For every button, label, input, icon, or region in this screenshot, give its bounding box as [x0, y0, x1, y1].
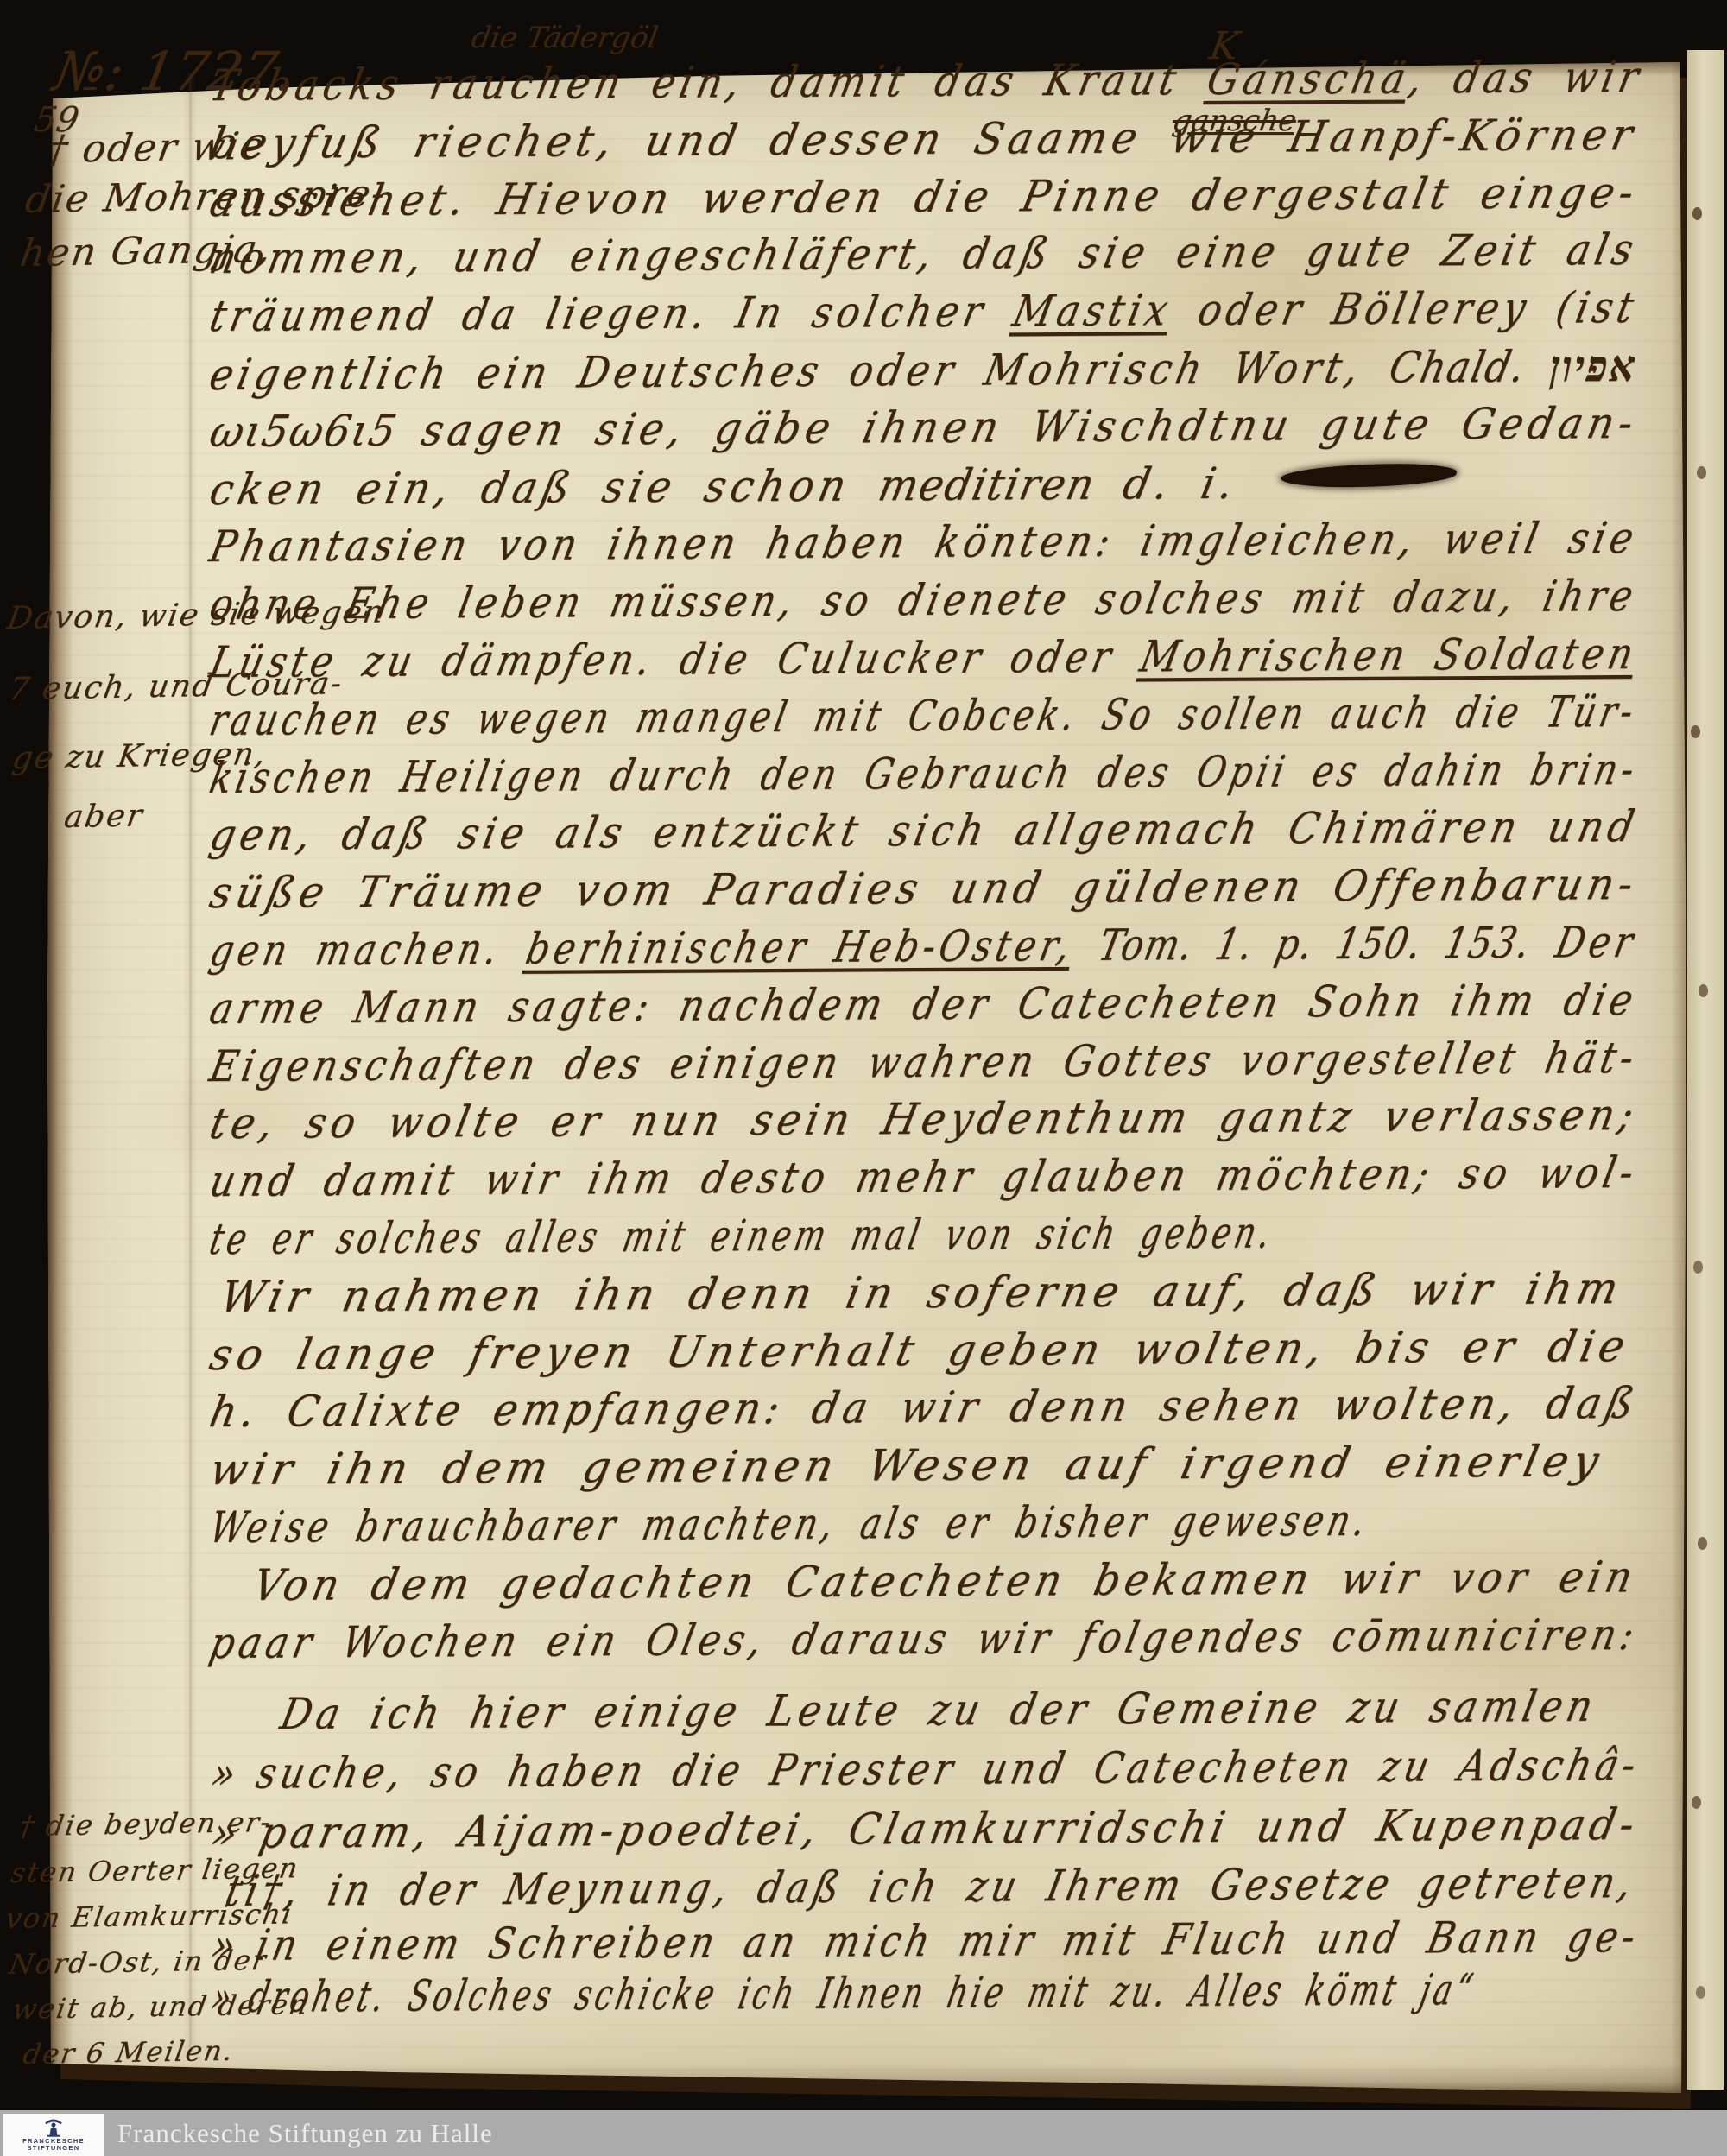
manuscript-line: rauchen es wegen mangel mit Cobcek. So s… [206, 686, 1642, 745]
margin-note: hen Gangja, [17, 227, 275, 275]
manuscript-line: ωι5ω6ι5 sagen sie, gäbe ihnen Wischdtnu … [206, 398, 1642, 457]
manuscript-line: » suche, so haben die Priester und Catec… [207, 1740, 1645, 1799]
manuscript-line: Eigenschaften des einigen wahren Gottes … [206, 1033, 1642, 1091]
manuscript-line: » param, Aijam-poedtei, Clamkurridschi u… [207, 1799, 1643, 1858]
text-segment: paar Wochen ein Oles, daraus wir folgend… [206, 1609, 1643, 1668]
text-segment: Der [1526, 917, 1642, 968]
manuscript-line: paar Wochen ein Oles, daraus wir folgend… [206, 1609, 1643, 1668]
text-segment: und damit wir ihm desto mehr glauben möc… [206, 1148, 1642, 1206]
text-segment: ti†, in der Meynung, daß ich zu Ihrem Ge… [221, 1857, 1641, 1916]
margin-note: sten Oerter liegen [9, 1851, 301, 1889]
manuscript-line: ti†, in der Meynung, daß ich zu Ihrem Ge… [221, 1857, 1641, 1916]
manuscript-line: Von dem gedachten Catecheten bekamen wir… [249, 1552, 1642, 1610]
text-segment: Chald. [1385, 342, 1555, 393]
handwriting-layer: Tobacks rauchen ein, damit das Kraut Gán… [0, 0, 1727, 2156]
text-segment: te er solches alles mit einem mal von si… [206, 1207, 1279, 1264]
text-segment: sagen sie, gäbe ihnen Wischdtnu gute Ged… [417, 398, 1642, 456]
text-segment: beyfuß riechet, und dessen Saame wie Han… [206, 110, 1642, 168]
manuscript-line: wir ihn dem gemeinen Wesen auf irgend ei… [206, 1436, 1608, 1495]
manuscript-number: №: 1727. [49, 40, 300, 103]
manuscript-line: so lange freyen Unterhalt geben wolten, … [206, 1321, 1634, 1380]
text-segment: Da ich hier einige Leute zu der Gemeine … [276, 1681, 1602, 1739]
text-segment: Wir nahmen ihn denn in soferne auf, daß … [216, 1263, 1628, 1322]
text-segment: wir ihn dem gemeinen Wesen auf irgend ei… [206, 1436, 1608, 1495]
text-segment: param, Aijam-poedtei, Clamkurridschi und… [256, 1799, 1644, 1858]
margin-note: weit ab, und deren [10, 1988, 312, 2026]
text-segment: ωι5ω6ι5 [206, 405, 427, 456]
ink-blot [1279, 460, 1459, 490]
manuscript-line: h. Calixte empfangen: da wir denn sehen … [206, 1378, 1643, 1437]
folio-number: 59 [31, 100, 82, 140]
text-segment: oder Böllerey (ist [1167, 282, 1642, 335]
margin-note: Nord-Ost, in der [7, 1944, 269, 1981]
margin-note: 7 euch, und Coura- [6, 666, 345, 707]
archive-name-label: Franckesche Stiftungen zu Halle [117, 2118, 493, 2149]
margin-note: ge zu Kriegen, [9, 737, 269, 776]
manuscript-line: eigentlich ein Deutsches oder Mohrisch W… [206, 340, 1642, 400]
manuscript-line: te, so wolte er nun sein Heydenthum gant… [206, 1090, 1642, 1148]
manuscript-line: träumend da liegen. In solcher Mastix od… [206, 282, 1642, 341]
text-segment: Eigenschaften des einigen wahren Gottes … [206, 1033, 1642, 1091]
text-segment: Weise brauchbarer machten, als er bisher… [206, 1495, 1374, 1552]
manuscript-line: arme Mann sagte: nachdem der Catecheten … [206, 975, 1642, 1034]
manuscript-line: te er solches alles mit einem mal von si… [206, 1207, 1279, 1264]
margin-note: † oder wie [45, 124, 268, 172]
margin-note: Davon, wie sie wegen [4, 594, 388, 636]
manuscript-line: beyfuß riechet, und dessen Saame wie Han… [206, 110, 1642, 168]
text-segment: nommen, und eingeschläfert, daß sie eine… [206, 224, 1642, 283]
margin-note: † die beyden er- [17, 1805, 275, 1843]
archive-logo-text-2: STIFTUNGEN [3, 2145, 104, 2152]
manuscript-line: gen machen. berhinischer Heb-Oster, Tom.… [206, 917, 1642, 976]
text-segment: Mastix [1009, 285, 1177, 336]
text-segment: träumend da liegen. In solcher [206, 287, 1019, 342]
text-segment: gen, daß sie als entzückt sich allgemach… [206, 801, 1643, 860]
margin-note: aber [61, 798, 146, 835]
margin-note: die Mohren spre- [22, 172, 390, 222]
text-segment: Mohrischen Soldaten [1136, 629, 1642, 682]
margin-note: der 6 Meilen. [21, 2034, 237, 2071]
text-segment: rauchen es wegen mangel mit Cobcek. So s… [206, 686, 1642, 745]
text-segment: drohet. Solches schicke ich Ihnen hie mi… [244, 1964, 1481, 2022]
manuscript-line: Da ich hier einige Leute zu der Gemeine … [276, 1681, 1602, 1739]
manuscript-photo: Tobacks rauchen ein, damit das Kraut Gán… [0, 0, 1727, 2156]
manuscript-line: Weise brauchbarer machten, als er bisher… [206, 1495, 1374, 1552]
text-segment: gen machen. [206, 924, 532, 976]
manuscript-line: » in einem Schreiben an mich mir mit Flu… [207, 1912, 1644, 1970]
manuscript-line: süße Träume vom Paradies und güldenen Of… [206, 859, 1642, 918]
struck-word: gansche [1170, 104, 1300, 138]
text-segment: süße Träume vom Paradies und güldenen Of… [206, 859, 1642, 918]
text-segment: meditiren [874, 458, 1099, 510]
text-segment: Tom. 1. p. 150. 153. [1094, 918, 1535, 971]
text-segment: eigentlich ein Deutsches oder Mohrisch W… [206, 343, 1395, 400]
footer-bar: FRANCKESCHE STIFTUNGEN Franckesche Stift… [0, 2110, 1727, 2156]
manuscript-line: und damit wir ihm desto mehr glauben möc… [206, 1148, 1642, 1206]
manuscript-line: » drohet. Solches schicke ich Ihnen hie … [207, 1964, 1480, 2022]
text-segment: , das wir [1404, 52, 1648, 104]
text-segment: in einem Schreiben an mich mir mit Fluch… [251, 1912, 1644, 1970]
text-segment: berhinischer Heb-Oster, [522, 920, 1079, 974]
interlinear-note: die Tädergöl [469, 21, 661, 55]
text-segment: ohne Ehe leben müssen, so dienete solche… [206, 571, 1642, 629]
text-segment: aussiehet. Hievon werden die Pinne derge… [206, 168, 1643, 226]
text-segment: kischen Heiligen durch den Gebrauch des … [206, 744, 1642, 803]
manuscript-line: aussiehet. Hievon werden die Pinne derge… [206, 168, 1643, 226]
manuscript-line: Phantasien von ihnen haben könten: imgle… [206, 513, 1642, 572]
text-segment: Von dem gedachten Catecheten bekamen wir… [249, 1552, 1642, 1610]
manuscript-line: gen, daß sie als entzückt sich allgemach… [206, 801, 1643, 860]
text-segment: cken ein, daß sie schon [206, 460, 884, 515]
manuscript-line: kischen Heiligen durch den Gebrauch des … [206, 744, 1642, 803]
manuscript-line: ohne Ehe leben müssen, so dienete solche… [206, 571, 1642, 629]
text-segment: Tobacks rauchen ein, damit das Kraut [206, 54, 1213, 111]
franckesche-stiftungen-emblem-icon [42, 2115, 65, 2138]
text-segment: d. i. [1090, 458, 1272, 509]
text-segment: Phantasien von ihnen haben könten: imgle… [206, 513, 1642, 572]
manuscript-line: Wir nahmen ihn denn in soferne auf, daß … [216, 1263, 1628, 1322]
manuscript-line: nommen, und eingeschläfert, daß sie eine… [206, 224, 1642, 283]
text-segment: Lüste zu dämpfen. die Culucker oder [206, 631, 1147, 687]
text-segment: arme Mann sagte: nachdem der Catecheten … [206, 975, 1642, 1034]
archive-logo-box: FRANCKESCHE STIFTUNGEN [3, 2114, 104, 2156]
manuscript-line: Tobacks rauchen ein, damit das Kraut Gán… [206, 52, 1648, 111]
text-segment: אפיון [1545, 340, 1642, 392]
margin-note: von Elamkurrischi [3, 1897, 295, 1935]
text-segment: so lange freyen Unterhalt geben wolten, … [206, 1321, 1634, 1380]
text-segment: suche, so haben die Priester und Cateche… [252, 1740, 1645, 1799]
manuscript-line: Lüste zu dämpfen. die Culucker oder Mohr… [206, 629, 1642, 687]
text-segment: te, so wolte er nun sein Heydenthum gant… [206, 1090, 1642, 1148]
text-segment: h. Calixte empfangen: da wir denn sehen … [206, 1378, 1643, 1437]
manuscript-line: cken ein, daß sie schon meditiren d. i. [206, 457, 1460, 515]
